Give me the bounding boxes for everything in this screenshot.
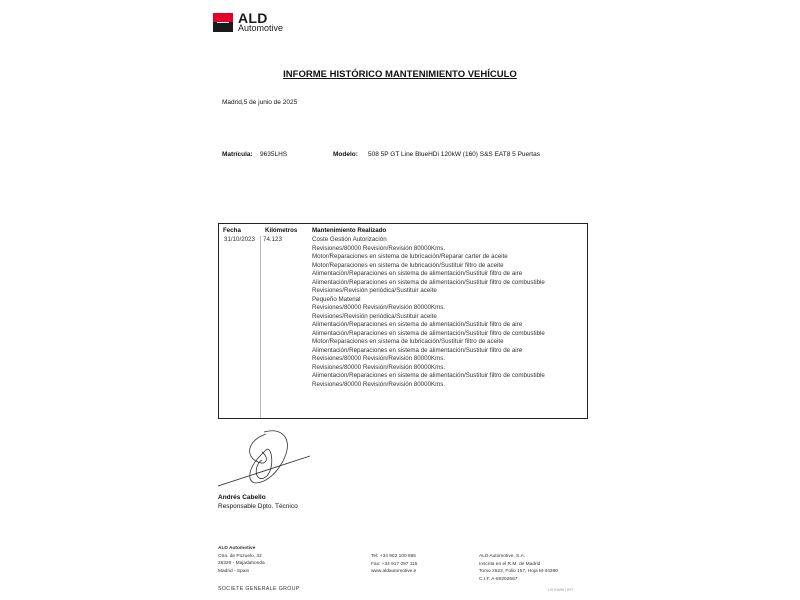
maintenance-item: Coste Gestión Autorización bbox=[312, 236, 582, 245]
maintenance-item: Alimentación/Reparaciones en sistema de … bbox=[312, 321, 582, 330]
maintenance-item: Revisiones/Revisión periódica/Sustituir … bbox=[312, 287, 582, 296]
ald-logo-subtitle: Automotive bbox=[238, 23, 283, 33]
header-kilometros: Kilómetros bbox=[265, 227, 297, 234]
report-date: Madrid,5 de junio de 2025 bbox=[222, 99, 297, 106]
report-title: INFORME HISTÓRICO MANTENIMIENTO VEHÍCULO bbox=[0, 69, 800, 80]
maintenance-item: Revisiones/80000 Revisión/Revisión 80000… bbox=[312, 355, 582, 364]
row-km: 74.123 bbox=[263, 236, 282, 243]
signer-name: Andrés Cabello bbox=[218, 494, 266, 501]
place: Madrid, bbox=[222, 99, 244, 106]
maintenance-item: Revisiones/Revisión periódica/Sustituir … bbox=[312, 313, 582, 322]
column-divider bbox=[304, 236, 305, 418]
maintenance-item: Motor/Reparaciones en sistema de lubrica… bbox=[312, 262, 582, 271]
maintenance-item: Alimentación/Reparaciones en sistema de … bbox=[312, 347, 582, 356]
maintenance-item: Alimentación/Reparaciones en sistema de … bbox=[312, 279, 582, 288]
maintenance-item: Alimentación/Reparaciones en sistema de … bbox=[312, 330, 582, 339]
footer-legal: ALD Automotive, S.A. Inscrita en el R.M.… bbox=[479, 553, 558, 583]
header-fecha: Fecha bbox=[223, 227, 241, 234]
footer-contact: Tel: +34 902 100 865 Fax: +34 917 097 11… bbox=[371, 553, 417, 576]
document-reference: LISTHMNO RFT bbox=[548, 588, 574, 592]
maintenance-item: Revisiones/80000 Revisión/Revisión 80000… bbox=[312, 304, 582, 313]
signer-role: Responsable Dpto. Técnico bbox=[218, 503, 298, 510]
ald-logo-mark bbox=[213, 13, 233, 32]
footer-website-link[interactable]: www.aldautomotive.e bbox=[371, 568, 417, 576]
maintenance-item: Alimentación/Reparaciones en sistema de … bbox=[312, 270, 582, 279]
maintenance-item: Motor/Reparaciones en sistema de lubrica… bbox=[312, 338, 582, 347]
maintenance-item: Motor/Reparaciones en sistema de lubrica… bbox=[312, 253, 582, 262]
maintenance-item: Pequeño Material bbox=[312, 296, 582, 305]
maintenance-table: Fecha Kilómetros Mantenimiento Realizado… bbox=[218, 223, 588, 419]
modelo-value: 508 5P GT Line BlueHDi 120kW (160) S&S E… bbox=[368, 151, 540, 158]
modelo-label: Modelo: bbox=[333, 151, 358, 158]
maintenance-items-list: Coste Gestión AutorizaciónRevisiones/800… bbox=[312, 236, 582, 389]
maintenance-item: Revisiones/80000 Revisión/Revisión 80000… bbox=[312, 245, 582, 254]
maintenance-item: Alimentación/Reparaciones en sistema de … bbox=[312, 372, 582, 381]
matricula-label: Matrícula: bbox=[222, 151, 253, 158]
maintenance-item: Revisiones/80000 Revisión/Revisión 80000… bbox=[312, 381, 582, 390]
footer-address: ALD Automotive Ctra. de Pozuelo, 32 2822… bbox=[218, 545, 265, 575]
signature-image bbox=[218, 428, 313, 492]
matricula-value: 9635LHS bbox=[260, 151, 287, 158]
maintenance-item: Revisiones/80000 Revisión/Revisión 80000… bbox=[312, 364, 582, 373]
row-fecha: 31/10/2023 bbox=[224, 236, 255, 243]
header-mantenimiento: Mantenimiento Realizado bbox=[312, 227, 386, 234]
date-value: 5 de junio de 2025 bbox=[244, 99, 298, 106]
societe-generale-group: SOCIETE GENERALE GROUP bbox=[218, 586, 300, 592]
column-divider bbox=[260, 236, 261, 418]
